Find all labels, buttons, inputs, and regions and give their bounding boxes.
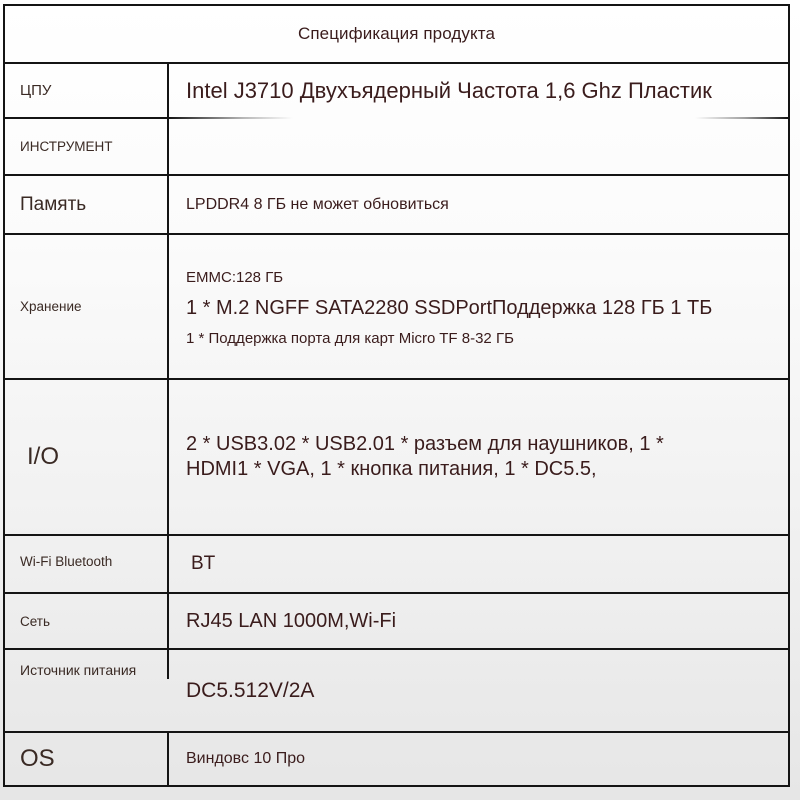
spec-table: Спецификация продукта ЦПУ Intel J3710 Дв… — [3, 4, 790, 787]
row-label: Сеть — [5, 594, 169, 648]
table-title: Спецификация продукта — [5, 6, 788, 64]
table-row-cpu: ЦПУ Intel J3710 Двухъядерный Частота 1,6… — [5, 62, 788, 119]
row-label: Источник питания — [5, 650, 169, 679]
row-value: RJ45 LAN 1000M,Wi-Fi — [186, 610, 768, 633]
storage-m2-slot: 1 * M.2 NGFF SATA2280 SSDPortПоддержка 1… — [186, 296, 768, 320]
row-value: LPDDR4 8 ГБ не может обновиться — [186, 196, 768, 214]
table-row-wifi-bluetooth: Wi-Fi Bluetooth BT — [5, 536, 788, 594]
row-value: BT — [191, 553, 768, 575]
table-row-power: Источник питания DC5.512V/2A — [5, 650, 788, 733]
table-row-io: I/O 2 * USB3.02 * USB2.01 * разъем для н… — [5, 380, 788, 536]
storage-tf-slot: 1 * Поддержка порта для карт Micro TF 8-… — [186, 330, 768, 347]
row-label: Память — [5, 176, 169, 233]
row-label: OS — [5, 733, 169, 785]
row-value: Intel J3710 Двухъядерный Частота 1,6 Ghz… — [186, 78, 768, 104]
row-value: 2 * USB3.02 * USB2.01 * разъем для наушн… — [186, 432, 768, 482]
row-label: ЦПУ — [5, 62, 169, 119]
table-row-instrument: ИНСТРУМЕНТ — [5, 119, 788, 176]
row-label: ИНСТРУМЕНТ — [5, 119, 169, 174]
table-row-network: Сеть RJ45 LAN 1000M,Wi-Fi — [5, 594, 788, 650]
row-label: Wi-Fi Bluetooth — [5, 536, 169, 592]
row-label: Хранение — [5, 235, 169, 378]
storage-emmc: EMMC:128 ГБ — [186, 269, 768, 286]
row-value: DC5.512V/2A — [186, 679, 768, 703]
table-row-os: OS Виндовс 10 Про — [5, 733, 788, 785]
row-label: I/O — [5, 380, 169, 534]
table-row-storage: Хранение EMMC:128 ГБ 1 * M.2 NGFF SATA22… — [5, 235, 788, 380]
table-row-memory: Память LPDDR4 8 ГБ не может обновиться — [5, 176, 788, 235]
row-value: Виндовс 10 Про — [186, 750, 768, 768]
